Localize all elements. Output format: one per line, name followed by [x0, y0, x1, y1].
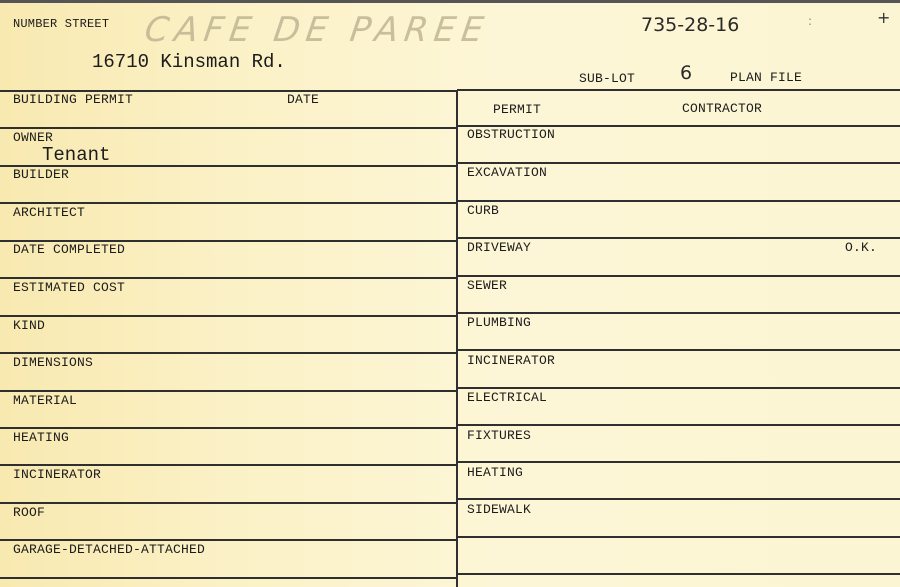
divider	[457, 200, 900, 202]
sewer-label: SEWER	[467, 278, 507, 293]
divider	[0, 577, 457, 579]
sublot-value: 6	[680, 62, 692, 84]
parcel-number: 735-28-16	[641, 14, 739, 36]
contractor-header: CONTRACTOR	[682, 101, 762, 116]
column-divider	[456, 90, 458, 587]
tick-mark-icon: :	[808, 14, 812, 28]
divider	[0, 539, 457, 541]
divider	[457, 387, 900, 389]
sidewalk-label: SIDEWALK	[467, 502, 531, 517]
divider	[457, 349, 900, 351]
material-label: MATERIAL	[13, 393, 77, 408]
address-value: 16710 Kinsman Rd.	[92, 51, 286, 73]
corner-mark-icon: +	[877, 8, 890, 27]
divider	[457, 237, 900, 239]
divider	[457, 424, 900, 426]
divider	[457, 573, 900, 575]
incinerator-permit-label: INCINERATOR	[467, 353, 555, 368]
incinerator-label: INCINERATOR	[13, 467, 101, 482]
divider	[0, 390, 457, 392]
divider	[0, 464, 457, 466]
dimensions-label: DIMENSIONS	[13, 355, 93, 370]
date-label: DATE	[287, 92, 319, 107]
driveway-label: DRIVEWAY	[467, 240, 531, 255]
obstruction-label: OBSTRUCTION	[467, 127, 555, 142]
fixtures-label: FIXTURES	[467, 428, 531, 443]
divider	[0, 127, 457, 129]
divider	[457, 89, 900, 91]
curb-label: CURB	[467, 203, 499, 218]
divider	[0, 277, 457, 279]
divider	[457, 312, 900, 314]
architect-label: ARCHITECT	[13, 205, 85, 220]
divider	[457, 461, 900, 463]
permit-header: PERMIT	[493, 102, 541, 117]
plan-file-label: PLAN FILE	[730, 70, 802, 85]
divider	[0, 315, 457, 317]
divider	[0, 502, 457, 504]
owner-value[interactable]: Tenant	[42, 144, 110, 166]
builder-label: BUILDER	[13, 167, 69, 182]
heating-label: HEATING	[13, 430, 69, 445]
kind-label: KIND	[13, 318, 45, 333]
number-street-label: NUMBER STREET	[13, 17, 109, 31]
top-edge	[0, 0, 900, 3]
divider	[457, 275, 900, 277]
estimated-cost-label: ESTIMATED COST	[13, 280, 125, 295]
excavation-label: EXCAVATION	[467, 165, 547, 180]
permit-card: NUMBER STREET CAFE DE PAREE 16710 Kinsma…	[0, 0, 900, 587]
building-permit-label: BUILDING PERMIT	[13, 92, 133, 107]
divider	[0, 427, 457, 429]
roof-label: ROOF	[13, 505, 45, 520]
driveway-value[interactable]: O.K.	[845, 240, 877, 255]
sublot-label: SUB-LOT	[579, 71, 635, 86]
owner-label: OWNER	[13, 130, 53, 145]
plumbing-label: PLUMBING	[467, 315, 531, 330]
garage-label: GARAGE-DETACHED-ATTACHED	[13, 542, 205, 557]
divider	[457, 536, 900, 538]
divider	[0, 352, 457, 354]
heating-permit-label: HEATING	[467, 465, 523, 480]
business-name-stamp: CAFE DE PAREE	[142, 10, 492, 50]
electrical-label: ELECTRICAL	[467, 390, 547, 405]
divider	[457, 162, 900, 164]
date-completed-label: DATE COMPLETED	[13, 242, 125, 257]
divider	[457, 498, 900, 500]
divider	[0, 202, 457, 204]
